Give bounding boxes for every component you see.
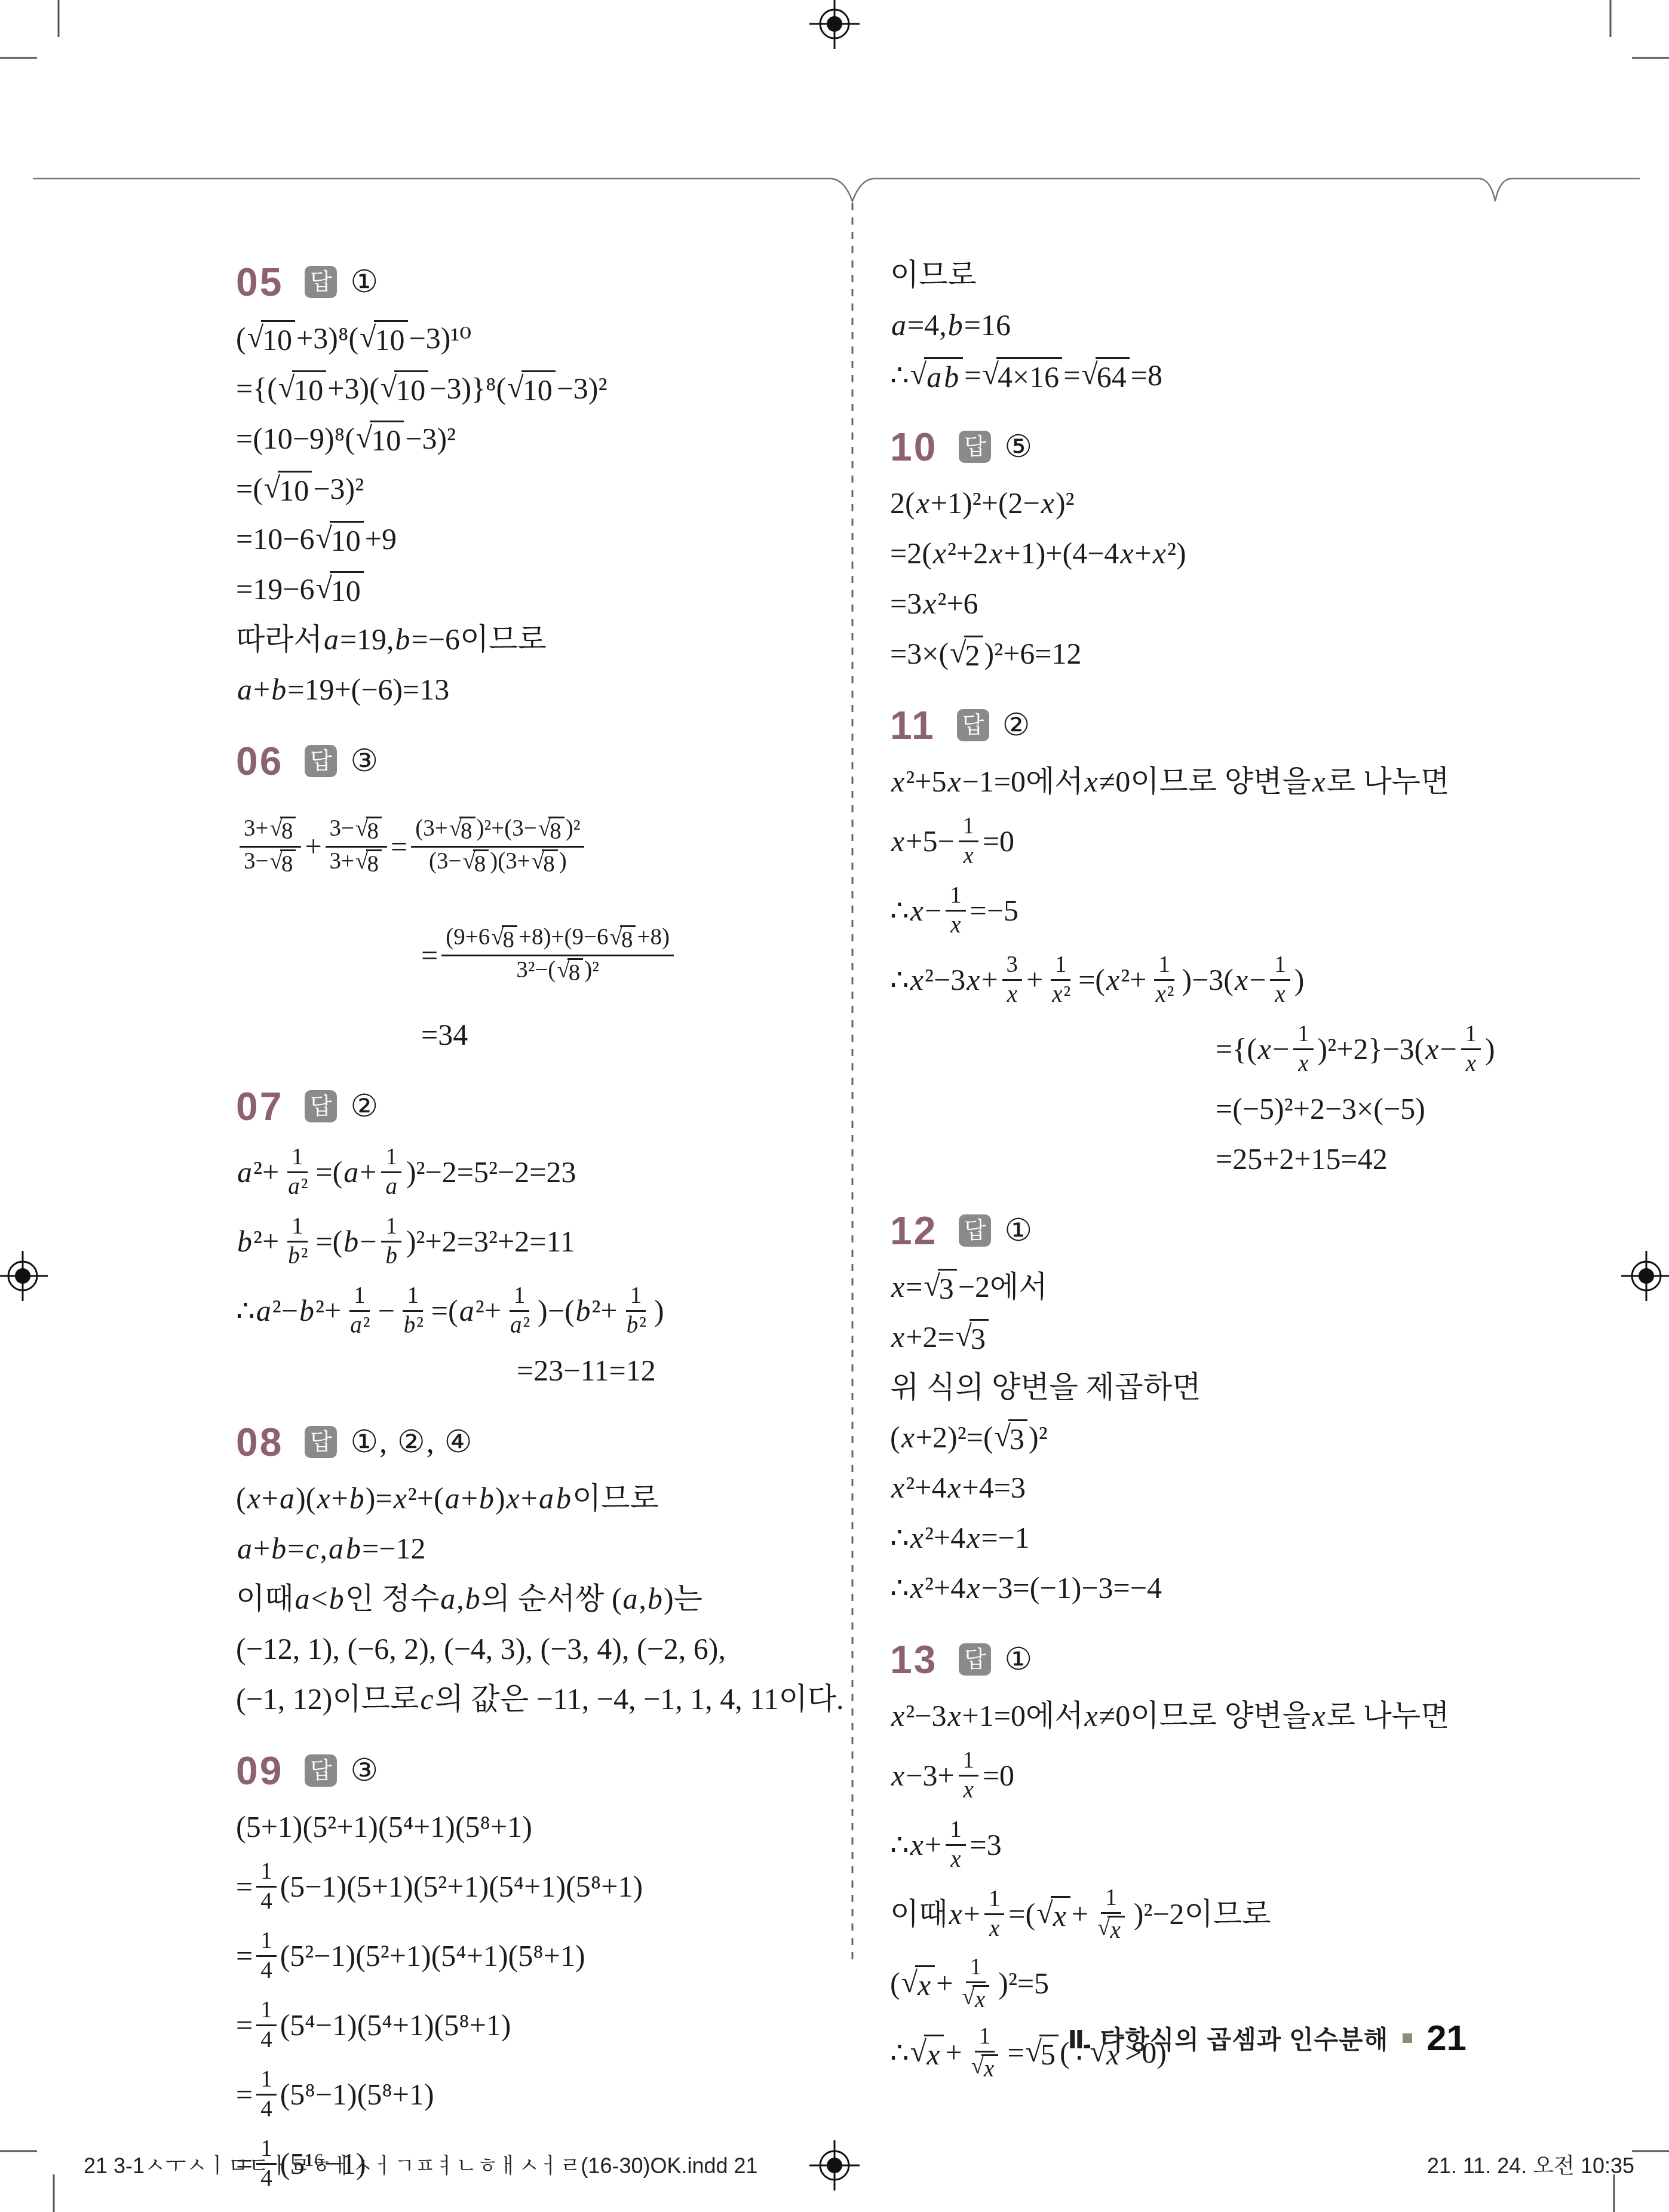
- problem-number: 10: [890, 427, 937, 467]
- solution-line: =10−6√10+9: [236, 514, 845, 564]
- solution-line: 2(x+1)²+(2−x)²: [890, 478, 1499, 528]
- problem: 답 이므로a=4, b=16∴ √ab=√4×16=√64=8: [890, 250, 1499, 400]
- solution-line: ={(√10+3)(√10−3)}⁸(√10−3)²: [236, 363, 845, 413]
- answer-value: ②: [350, 1088, 379, 1124]
- answer-badge: 답: [959, 1214, 991, 1247]
- problem-header: 07 답 ②: [236, 1087, 845, 1125]
- page-footer: Ⅱ. 다항식의 곱셈과 인수분해 21: [1068, 2020, 1466, 2056]
- page-edge-line: [33, 179, 1640, 201]
- problem-header: 08 답 ①, ②, ④: [236, 1423, 845, 1461]
- answer-badge: 답: [305, 266, 337, 298]
- answer-value: ①: [1004, 1642, 1033, 1677]
- solution-line: (x+2)²=(√3)²: [890, 1412, 1499, 1462]
- problem-header: 06 답 ③: [236, 742, 845, 780]
- solution-line: (−12, 1), (−6, 2), (−4, 3), (−3, 4), (−2…: [236, 1624, 845, 1674]
- problem-header: 10 답 ⑤: [890, 428, 1499, 466]
- solution-lines: a²+1a²=(a+1a)²−2=5²−2=23b²+1b²=(b−1b)²+2…: [236, 1137, 845, 1395]
- solution-line: 이므로: [890, 250, 1499, 300]
- solution-line: ={(x−1x)²+2}−3(x−1x): [1216, 1014, 1499, 1084]
- problem-06: 06 답 ③ 3+√83−√8+3−√83+√8=(3+√8)²+(3−√8)²…: [236, 742, 845, 1060]
- solution-line: ∴ x²+4x=−1: [890, 1512, 1499, 1563]
- problem-10: 10 답 ⑤ 2(x+1)²+(2−x)²=2(x²+2x+1)+(4−4x+x…: [890, 428, 1499, 679]
- solution-line: (√x+1√x)²=5: [890, 1949, 1499, 2018]
- solution-line: (5+1)(5²+1)(5⁴+1)(5⁸+1): [236, 1802, 845, 1852]
- solution-line: (x+a)(x+b)=x²+(a+b)x+ab이므로: [236, 1473, 845, 1523]
- answer-value: ②: [1002, 707, 1032, 743]
- solution-lines: x²+5x−1=0에서 x≠0이므로 양변을 x로 나누면x+5−1x=0∴ x…: [890, 756, 1499, 1184]
- problem-08: 08 답 ①, ②, ④ (x+a)(x+b)=x²+(a+b)x+ab이므로a…: [236, 1423, 845, 1724]
- problem-number: 12: [890, 1211, 937, 1250]
- solution-lines: (√10+3)⁸(√10−3)¹⁰={(√10+3)(√10−3)}⁸(√10−…: [236, 313, 845, 714]
- footer-square-bullet: [1403, 2033, 1412, 2043]
- solution-line: =34: [421, 1010, 845, 1060]
- chapter-title: Ⅱ. 다항식의 곱셈과 인수분해: [1068, 2020, 1389, 2056]
- answer-value: ③: [350, 1753, 379, 1788]
- solution-line: 3+√83−√8+3−√83+√8=(3+√8)²+(3−√8)²(3−√8)(…: [236, 792, 845, 901]
- problem-number: 06: [236, 741, 283, 781]
- answer-value: ⑤: [1004, 429, 1033, 465]
- solution-line: =2(x²+2x+1)+(4−4x+x²): [890, 528, 1499, 578]
- problem-number: 09: [236, 1751, 283, 1790]
- solution-line: =(9+6√8+8)+(9−6√8+8)3²−(√8)²: [421, 901, 845, 1010]
- solution-line: ∴ x+1x=3: [890, 1810, 1499, 1879]
- answer-value: ①, ②, ④: [350, 1424, 473, 1460]
- solution-line: =14(5²−1)(5²+1)(5⁴+1)(5⁸+1): [236, 1921, 845, 1990]
- solution-line: ∴ x−1x=−5: [890, 876, 1499, 945]
- solution-line: =14(5⁴−1)(5⁴+1)(5⁸+1): [236, 1990, 845, 2060]
- solution-line: =19−6√10: [236, 564, 845, 614]
- solution-line: b²+1b²=(b−1b)²+2=3²+2=11: [236, 1207, 845, 1276]
- solution-line: x+2=√3: [890, 1312, 1499, 1362]
- answer-badge: 답: [305, 745, 337, 777]
- solution-line: x²−3x+1=0에서 x≠0이므로 양변을 x로 나누면: [890, 1691, 1499, 1741]
- answer-value: ①: [350, 264, 379, 300]
- solution-line: x²+5x−1=0에서 x≠0이므로 양변을 x로 나누면: [890, 756, 1499, 806]
- solution-line: ∴ √ab=√4×16=√64=8: [890, 350, 1499, 400]
- solution-line: =(−5)²+2−3×(−5): [1216, 1084, 1499, 1134]
- problem-number: 13: [890, 1640, 937, 1679]
- problem-header: 13 답 ①: [890, 1640, 1499, 1679]
- solution-lines: 3+√83−√8+3−√83+√8=(3+√8)²+(3−√8)²(3−√8)(…: [236, 792, 845, 1060]
- answer-badge: 답: [959, 431, 991, 463]
- answer-badge: 답: [305, 1090, 337, 1122]
- problem-11: 11 답 ② x²+5x−1=0에서 x≠0이므로 양변을 x로 나누면x+5−…: [890, 706, 1499, 1184]
- solution-line: 이때 x+1x=(√x+1√x)²−2이므로: [890, 1879, 1499, 1949]
- solution-line: =3x²+6: [890, 578, 1499, 628]
- solution-line: x²+4x+4=3: [890, 1462, 1499, 1512]
- solution-lines: (x+a)(x+b)=x²+(a+b)x+ab이므로a+b=c, ab=−12이…: [236, 1473, 845, 1724]
- answer-badge: 답: [959, 1643, 991, 1676]
- problem-header: 05 답 ①: [236, 263, 845, 301]
- solution-line: =3×(√2)²+6=12: [890, 628, 1499, 679]
- solution-line: =23−11=12: [517, 1345, 845, 1395]
- problem-number: 11: [890, 705, 935, 745]
- solution-line: ∴ x²−3x+3x+1x²=(x²+1x²)−3(x−1x): [890, 945, 1499, 1014]
- solution-line: =(√10−3)²: [236, 464, 845, 514]
- answer-badge: 답: [305, 1426, 337, 1458]
- print-filename: 21 3-1ㅅㅜㅅㅣㅁㄷㅏㄹㅎㅐㅅㅓㄱㅍㅕㄴㅎㅐㅅㅓㄹ(16-30)OK.ind…: [84, 2149, 758, 2180]
- answer-badge: 답: [305, 1754, 337, 1787]
- solution-line: a²+1a²=(a+1a)²−2=5²−2=23: [236, 1137, 845, 1207]
- solution-lines: (5+1)(5²+1)(5⁴+1)(5⁸+1)=14(5−1)(5+1)(5²+…: [236, 1802, 845, 2198]
- solution-lines: 이므로a=4, b=16∴ √ab=√4×16=√64=8: [890, 250, 1499, 400]
- solution-line: =(10−9)⁸(√10−3)²: [236, 413, 845, 464]
- solution-line: ∴ a²−b²+1a²−1b²=(a²+1a²)−(b²+1b²): [236, 1276, 845, 1345]
- solution-line: 이때 a<b인 정수 a, b의 순서쌍 (a, b)는: [236, 1573, 845, 1624]
- answer-value: ①: [1004, 1213, 1033, 1248]
- problem-header: 12 답 ①: [890, 1211, 1499, 1250]
- problem-12: 12 답 ① x=√3−2에서x+2=√3위 식의 양변을 제곱하면(x+2)²…: [890, 1211, 1499, 1613]
- solution-line: 위 식의 양변을 제곱하면: [890, 1362, 1499, 1412]
- problem-header: 09 답 ③: [236, 1751, 845, 1790]
- right-column: 답 이므로a=4, b=16∴ √ab=√4×16=√64=8 10 답 ⑤ 2…: [890, 250, 1499, 2087]
- answer-value: ③: [350, 743, 379, 779]
- page-number: 21: [1426, 2020, 1466, 2056]
- solution-line: a=4, b=16: [890, 300, 1499, 350]
- solution-line: =25+2+15=42: [1216, 1134, 1499, 1184]
- solution-lines: x=√3−2에서x+2=√3위 식의 양변을 제곱하면(x+2)²=(√3)²x…: [890, 1262, 1499, 1613]
- solution-line: x=√3−2에서: [890, 1262, 1499, 1312]
- solution-lines: 2(x+1)²+(2−x)²=2(x²+2x+1)+(4−4x+x²)=3x²+…: [890, 478, 1499, 679]
- problem-05: 05 답 ① (√10+3)⁸(√10−3)¹⁰={(√10+3)(√10−3)…: [236, 263, 845, 714]
- solution-line: ∴ x²+4x−3=(−1)−3=−4: [890, 1563, 1499, 1613]
- answer-badge: 답: [957, 709, 989, 741]
- solution-line: 따라서 a=19, b=−6이므로: [236, 614, 845, 664]
- solution-line: (√10+3)⁸(√10−3)¹⁰: [236, 313, 845, 363]
- solution-line: x+5−1x=0: [890, 806, 1499, 876]
- problem-number: 05: [236, 262, 283, 302]
- problem-header: 11 답 ②: [890, 706, 1499, 744]
- problem-07: 07 답 ② a²+1a²=(a+1a)²−2=5²−2=23b²+1b²=(b…: [236, 1087, 845, 1395]
- problem-09: 09 답 ③ (5+1)(5²+1)(5⁴+1)(5⁸+1)=14(5−1)(5…: [236, 1751, 845, 2198]
- problem-number: 08: [236, 1422, 283, 1462]
- solution-line: a+b=c, ab=−12: [236, 1523, 845, 1573]
- solution-line: =14(5⁸−1)(5⁸+1): [236, 2060, 845, 2129]
- print-datetime: 21. 11. 24. 오전 10:35: [1427, 2149, 1634, 2180]
- print-info-bar: 21 3-1ㅅㅜㅅㅣㅁㄷㅏㄹㅎㅐㅅㅓㄱㅍㅕㄴㅎㅐㅅㅓㄹ(16-30)OK.ind…: [84, 2149, 1634, 2180]
- problem-number: 07: [236, 1087, 283, 1126]
- solution-line: a+b=19+(−6)=13: [236, 664, 845, 714]
- solution-line: (−1, 12)이므로 c의 값은 −11, −4, −1, 1, 4, 11이…: [236, 1674, 845, 1724]
- left-column: 05 답 ① (√10+3)⁸(√10−3)¹⁰={(√10+3)(√10−3)…: [236, 263, 845, 2198]
- solution-line: x−3+1x=0: [890, 1741, 1499, 1810]
- solution-line: =14(5−1)(5+1)(5²+1)(5⁴+1)(5⁸+1): [236, 1852, 845, 1921]
